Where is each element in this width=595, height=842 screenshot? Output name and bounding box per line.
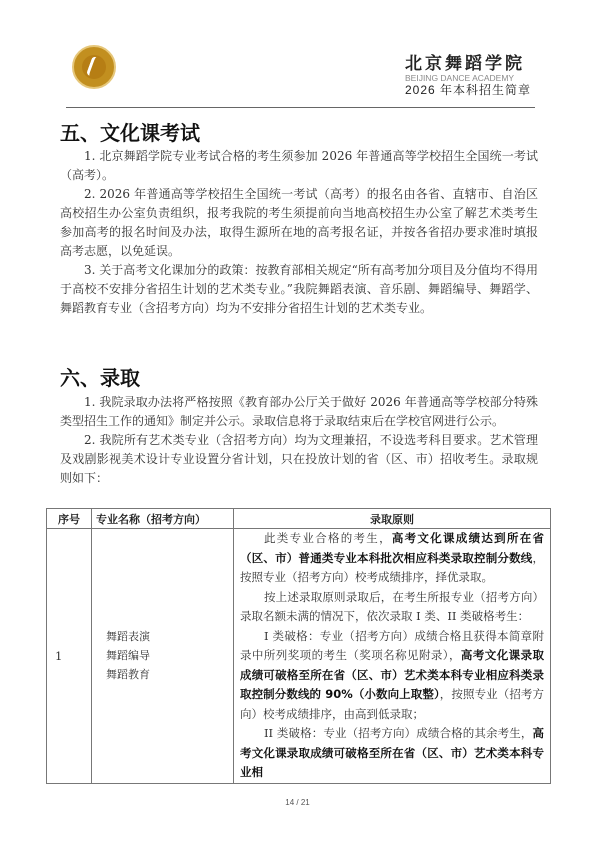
table-header-row: 序号 专业名称（招考方向） 录取原则 [47, 509, 551, 529]
rule-paragraph: 此类专业合格的考生，高考文化课成绩达到所在省（区、市）普通类专业本科批次相应科类… [240, 529, 544, 588]
section-title-admission: 六、录取 [60, 362, 140, 391]
section6-body: 1. 我院录取办法将严格按照《教育部办公厅关于做好 2026 年普通高等学校部分… [60, 393, 538, 488]
paragraph: 2. 2026 年普通高等学校招生全国统一考试（高考）的报名由各省、直辖市、自治… [60, 185, 538, 261]
admission-rules-table: 序号 专业名称（招考方向） 录取原则 1 舞蹈表演 舞蹈编导 舞蹈教育 此类专业… [46, 508, 551, 784]
brand-name-cn: 北京舞蹈学院 [405, 55, 537, 73]
table-row: 1 舞蹈表演 舞蹈编导 舞蹈教育 此类专业合格的考生，高考文化课成绩达到所在省（… [47, 529, 551, 784]
brand-name-en: BEIJING DANCE ACADEMY [405, 73, 537, 83]
col-header-index: 序号 [47, 509, 92, 529]
paragraph: 3. 关于高考文化课加分的政策：按教育部相关规定“所有高考加分项目及分值均不得用… [60, 261, 538, 318]
brochure-subtitle: 2026 年本科招生简章 [405, 83, 537, 98]
col-header-rules: 录取原则 [234, 509, 551, 529]
row-index: 1 [47, 529, 92, 784]
major-name: 舞蹈表演 [106, 627, 232, 646]
col-header-major: 专业名称（招考方向） [92, 509, 234, 529]
paragraph: 1. 北京舞蹈学院专业考试合格的考生须参加 2026 年普通高等学校招生全国统一… [60, 147, 538, 185]
section5-body: 1. 北京舞蹈学院专业考试合格的考生须参加 2026 年普通高等学校招生全国统一… [60, 147, 538, 318]
academy-logo [72, 45, 116, 89]
major-name: 舞蹈编导 [106, 646, 232, 665]
brand-block: 北京舞蹈学院 BEIJING DANCE ACADEMY 2026 年本科招生简… [405, 55, 537, 98]
major-name: 舞蹈教育 [106, 665, 232, 684]
rule-paragraph: 按上述录取原则录取后，在考生所报专业（招考方向）录取名额未满的情况下，依次录取 … [240, 588, 544, 627]
paragraph: 2. 我院所有艺术类专业（含招考方向）均为文理兼招，不设选考科目要求。艺术管理及… [60, 431, 538, 488]
paragraph: 1. 我院录取办法将严格按照《教育部办公厅关于做好 2026 年普通高等学校部分… [60, 393, 538, 431]
row-rules: 此类专业合格的考生，高考文化课成绩达到所在省（区、市）普通类专业本科批次相应科类… [234, 529, 551, 784]
page-number: 14 / 21 [0, 798, 595, 807]
rule-paragraph: I 类破格：专业（招考方向）成绩合格且获得本简章附录中所列奖项的考生（奖项名称见… [240, 627, 544, 725]
header-divider [66, 107, 535, 108]
section-title-culture-exam: 五、文化课考试 [60, 117, 200, 146]
row-majors: 舞蹈表演 舞蹈编导 舞蹈教育 [92, 529, 234, 784]
rule-paragraph: II 类破格：专业（招考方向）成绩合格的其余考生，高考文化课录取成绩可破格至所在… [240, 724, 544, 783]
